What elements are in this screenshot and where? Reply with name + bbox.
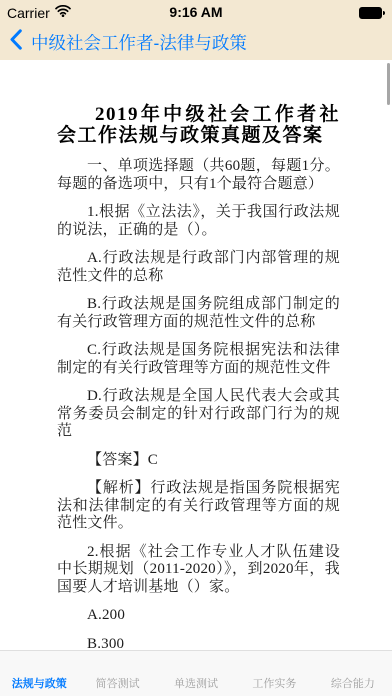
status-time: 9:16 AM [169, 4, 222, 20]
app-screen: Carrier 9:16 AM [0, 0, 392, 696]
nav-title: 中级社会工作者-法律与政策 [31, 30, 247, 55]
tab-laws-policies[interactable]: 法规与政策 [0, 651, 78, 696]
tab-single-choice-test[interactable]: 单选测试 [157, 651, 235, 696]
document-scroll-view[interactable]: 2019年中级社会工作者社会工作法规与政策真题及答案 一、单项选择题（共60题，… [0, 60, 392, 651]
battery-tip [383, 11, 385, 15]
status-left: Carrier [7, 4, 71, 22]
tab-label: 综合能力 [331, 675, 375, 691]
battery-body [359, 7, 382, 19]
back-button[interactable]: 中级社会工作者-法律与政策 [10, 29, 247, 55]
back-chevron-icon [10, 29, 22, 55]
document-title: 2019年中级社会工作者社会工作法规与政策真题及答案 [57, 104, 340, 146]
document-paragraph: 【答案】C [57, 452, 340, 470]
document-paragraph: B.300 [57, 636, 340, 652]
carrier-label: Carrier [7, 5, 50, 21]
scrollbar-thumb[interactable] [387, 63, 390, 105]
tab-short-answer-test[interactable]: 简答测试 [78, 651, 156, 696]
document-paragraph: 【解析】行政法规是指国务院根据宪法和法律制定的有关行政管理等方面的规范性文件。 [57, 480, 340, 533]
document-paragraph: 2.根据《社会工作专业人才队伍建设中长期规划（2011-2020）》，到2020… [57, 544, 340, 597]
status-bar: Carrier 9:16 AM [0, 0, 392, 24]
document-paragraph: A.行政法规是行政部门内部管理的规范性文件的总称 [57, 250, 340, 285]
tab-practice[interactable]: 工作实务 [235, 651, 313, 696]
document-paragraph: C.行政法规是国务院根据宪法和法律制定的有关行政管理等方面的规范性文件 [57, 342, 340, 377]
tab-label: 法规与政策 [12, 675, 67, 691]
document-paragraph: A.200 [57, 607, 340, 625]
nav-bar: 中级社会工作者-法律与政策 [0, 24, 392, 60]
top-chrome: Carrier 9:16 AM [0, 0, 392, 60]
tab-bar: 法规与政策简答测试单选测试工作实务综合能力 [0, 651, 392, 696]
tab-label: 简答测试 [96, 675, 140, 691]
document-paragraph: 1.根据《立法法》，关于我国行政法规的说法，正确的是（）。 [57, 204, 340, 239]
document-paragraph: 一、单项选择题（共60题，每题1分。每题的备选项中，只有1个最符合题意） [57, 158, 340, 193]
tab-label: 工作实务 [252, 675, 296, 691]
document-paragraph: B.行政法规是国务院组成部门制定的有关行政管理方面的规范性文件的总称 [57, 296, 340, 331]
battery-icon [359, 7, 385, 19]
wifi-icon [55, 4, 71, 22]
document-body: 一、单项选择题（共60题，每题1分。每题的备选项中，只有1个最符合题意）1.根据… [57, 158, 340, 651]
tab-label: 单选测试 [174, 675, 218, 691]
document-paragraph: D.行政法规是全国人民代表大会或其常务委员会制定的针对行政部门行为的规范 [57, 388, 340, 441]
tab-comprehensive-ability[interactable]: 综合能力 [314, 651, 392, 696]
